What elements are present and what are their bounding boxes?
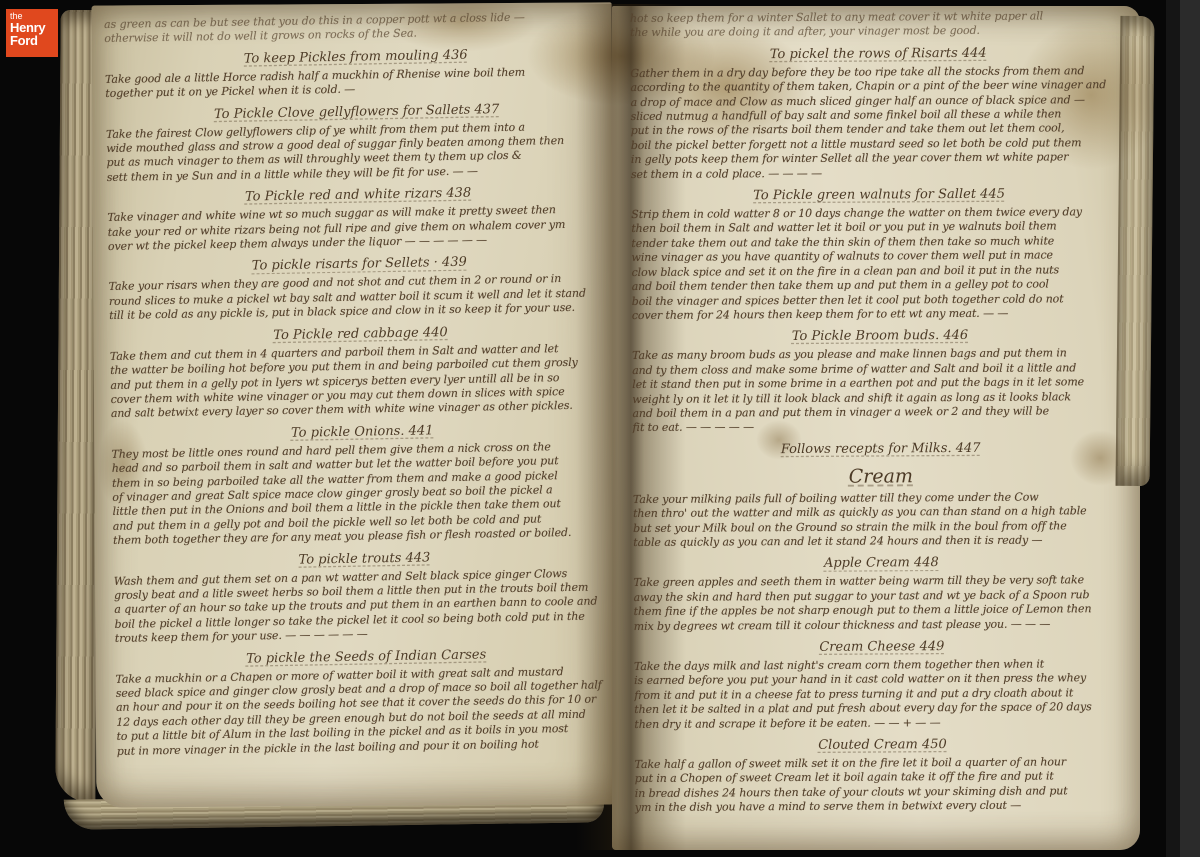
recipe-section: To pickel the rows of Risarts 444Gather … <box>630 45 1127 182</box>
logo-text-henry: Henry <box>10 21 54 34</box>
recipe-section: CreamTake your milking pails full of boi… <box>633 464 1130 551</box>
photo-edge-band <box>1166 0 1180 857</box>
recipe-heading: Follows recepts for Milks. 447 <box>645 440 1117 459</box>
recipe-section: To pickle trouts 443Wash them and gut th… <box>113 547 617 647</box>
recipe-section: Clouted Cream 450Take half a gallon of s… <box>634 736 1130 816</box>
recipe-line: weight ly on it let it ly till it look b… <box>632 389 1128 406</box>
recipe-section: To Pickle green walnuts for Sallet 445St… <box>631 186 1128 323</box>
recipe-heading: Cream Cheese 449 <box>646 638 1118 657</box>
recipe-line: fit to eat. — — — — — <box>633 418 1129 435</box>
recipe-heading: To pickel the rows of Risarts 444 <box>642 45 1114 64</box>
henry-ford-logo: the Henry Ford <box>6 9 58 57</box>
photo-edge-band-right <box>1180 0 1200 857</box>
manuscript-photo: the Henry Ford as green as can be but se… <box>0 0 1200 857</box>
recipe-section: To Pickle Broom buds. 446Take as many br… <box>632 327 1129 435</box>
recipe-section: Cream Cheese 449Take the days milk and l… <box>634 638 1131 732</box>
recipe-line: but set your Milk boul on the Ground so … <box>633 519 1129 536</box>
recipe-line: the while you are doing it and after, yo… <box>630 23 1126 40</box>
recipe-section: To Pickle red and white rizars 438Take v… <box>107 183 610 254</box>
recipe-line: then let it be salted in a plat and put … <box>634 700 1130 717</box>
recipe-heading: Apple Cream 448 <box>645 554 1117 573</box>
recipe-line: mix by degrees wt cream till it colour t… <box>634 617 1130 634</box>
recipe-heading: Cream <box>645 464 1117 489</box>
recipe-section: To Pickle Clove gellyflowers for Sallets… <box>106 100 609 185</box>
recipe-line: set them in a cold place. — — — — <box>631 165 1127 182</box>
recipe-section: Apple Cream 448Take green apples and see… <box>633 554 1129 634</box>
recipe-section: To keep Pickles from mouling 436Take goo… <box>105 45 608 102</box>
recipe-section: To Pickle red cabbage 440Take them and c… <box>109 322 613 422</box>
open-recipe-book: as green as can be but see that you do t… <box>56 0 1168 852</box>
left-page-text: as green as can be but see that you do t… <box>104 9 619 762</box>
recipe-heading: To Pickle Broom buds. 446 <box>644 327 1116 346</box>
recipe-line: cover them for 24 hours then keep them f… <box>632 306 1128 323</box>
recipe-section: To pickle Onions. 441They most be little… <box>111 420 615 549</box>
recipe-line: then dry it and scrape it before it be e… <box>634 715 1130 732</box>
recipe-line: boil the vinager and spices better then … <box>632 291 1128 308</box>
recipe-heading: Clouted Cream 450 <box>646 736 1118 755</box>
recipe-section: Follows recepts for Milks. 447 <box>633 440 1129 459</box>
recipe-line: in gelly pots keep them for winter Selle… <box>631 150 1127 167</box>
logo-text-ford: Ford <box>10 34 54 47</box>
recipe-heading: To Pickle green walnuts for Sallet 445 <box>643 186 1115 205</box>
recipe-line: ym in the dish you have a mind to serve … <box>635 798 1131 815</box>
right-page-text: hot so keep them for a winter Sallet to … <box>630 9 1131 819</box>
recipe-line: table as quickly as you can and let it s… <box>633 533 1129 550</box>
recipe-section: To pickle risarts for Sellets · 439Take … <box>108 253 611 324</box>
recipe-section: To pickle the Seeds of Indian CarsesTake… <box>115 645 619 759</box>
recipe-line: them fine if the apples be not sharp eno… <box>634 602 1130 619</box>
